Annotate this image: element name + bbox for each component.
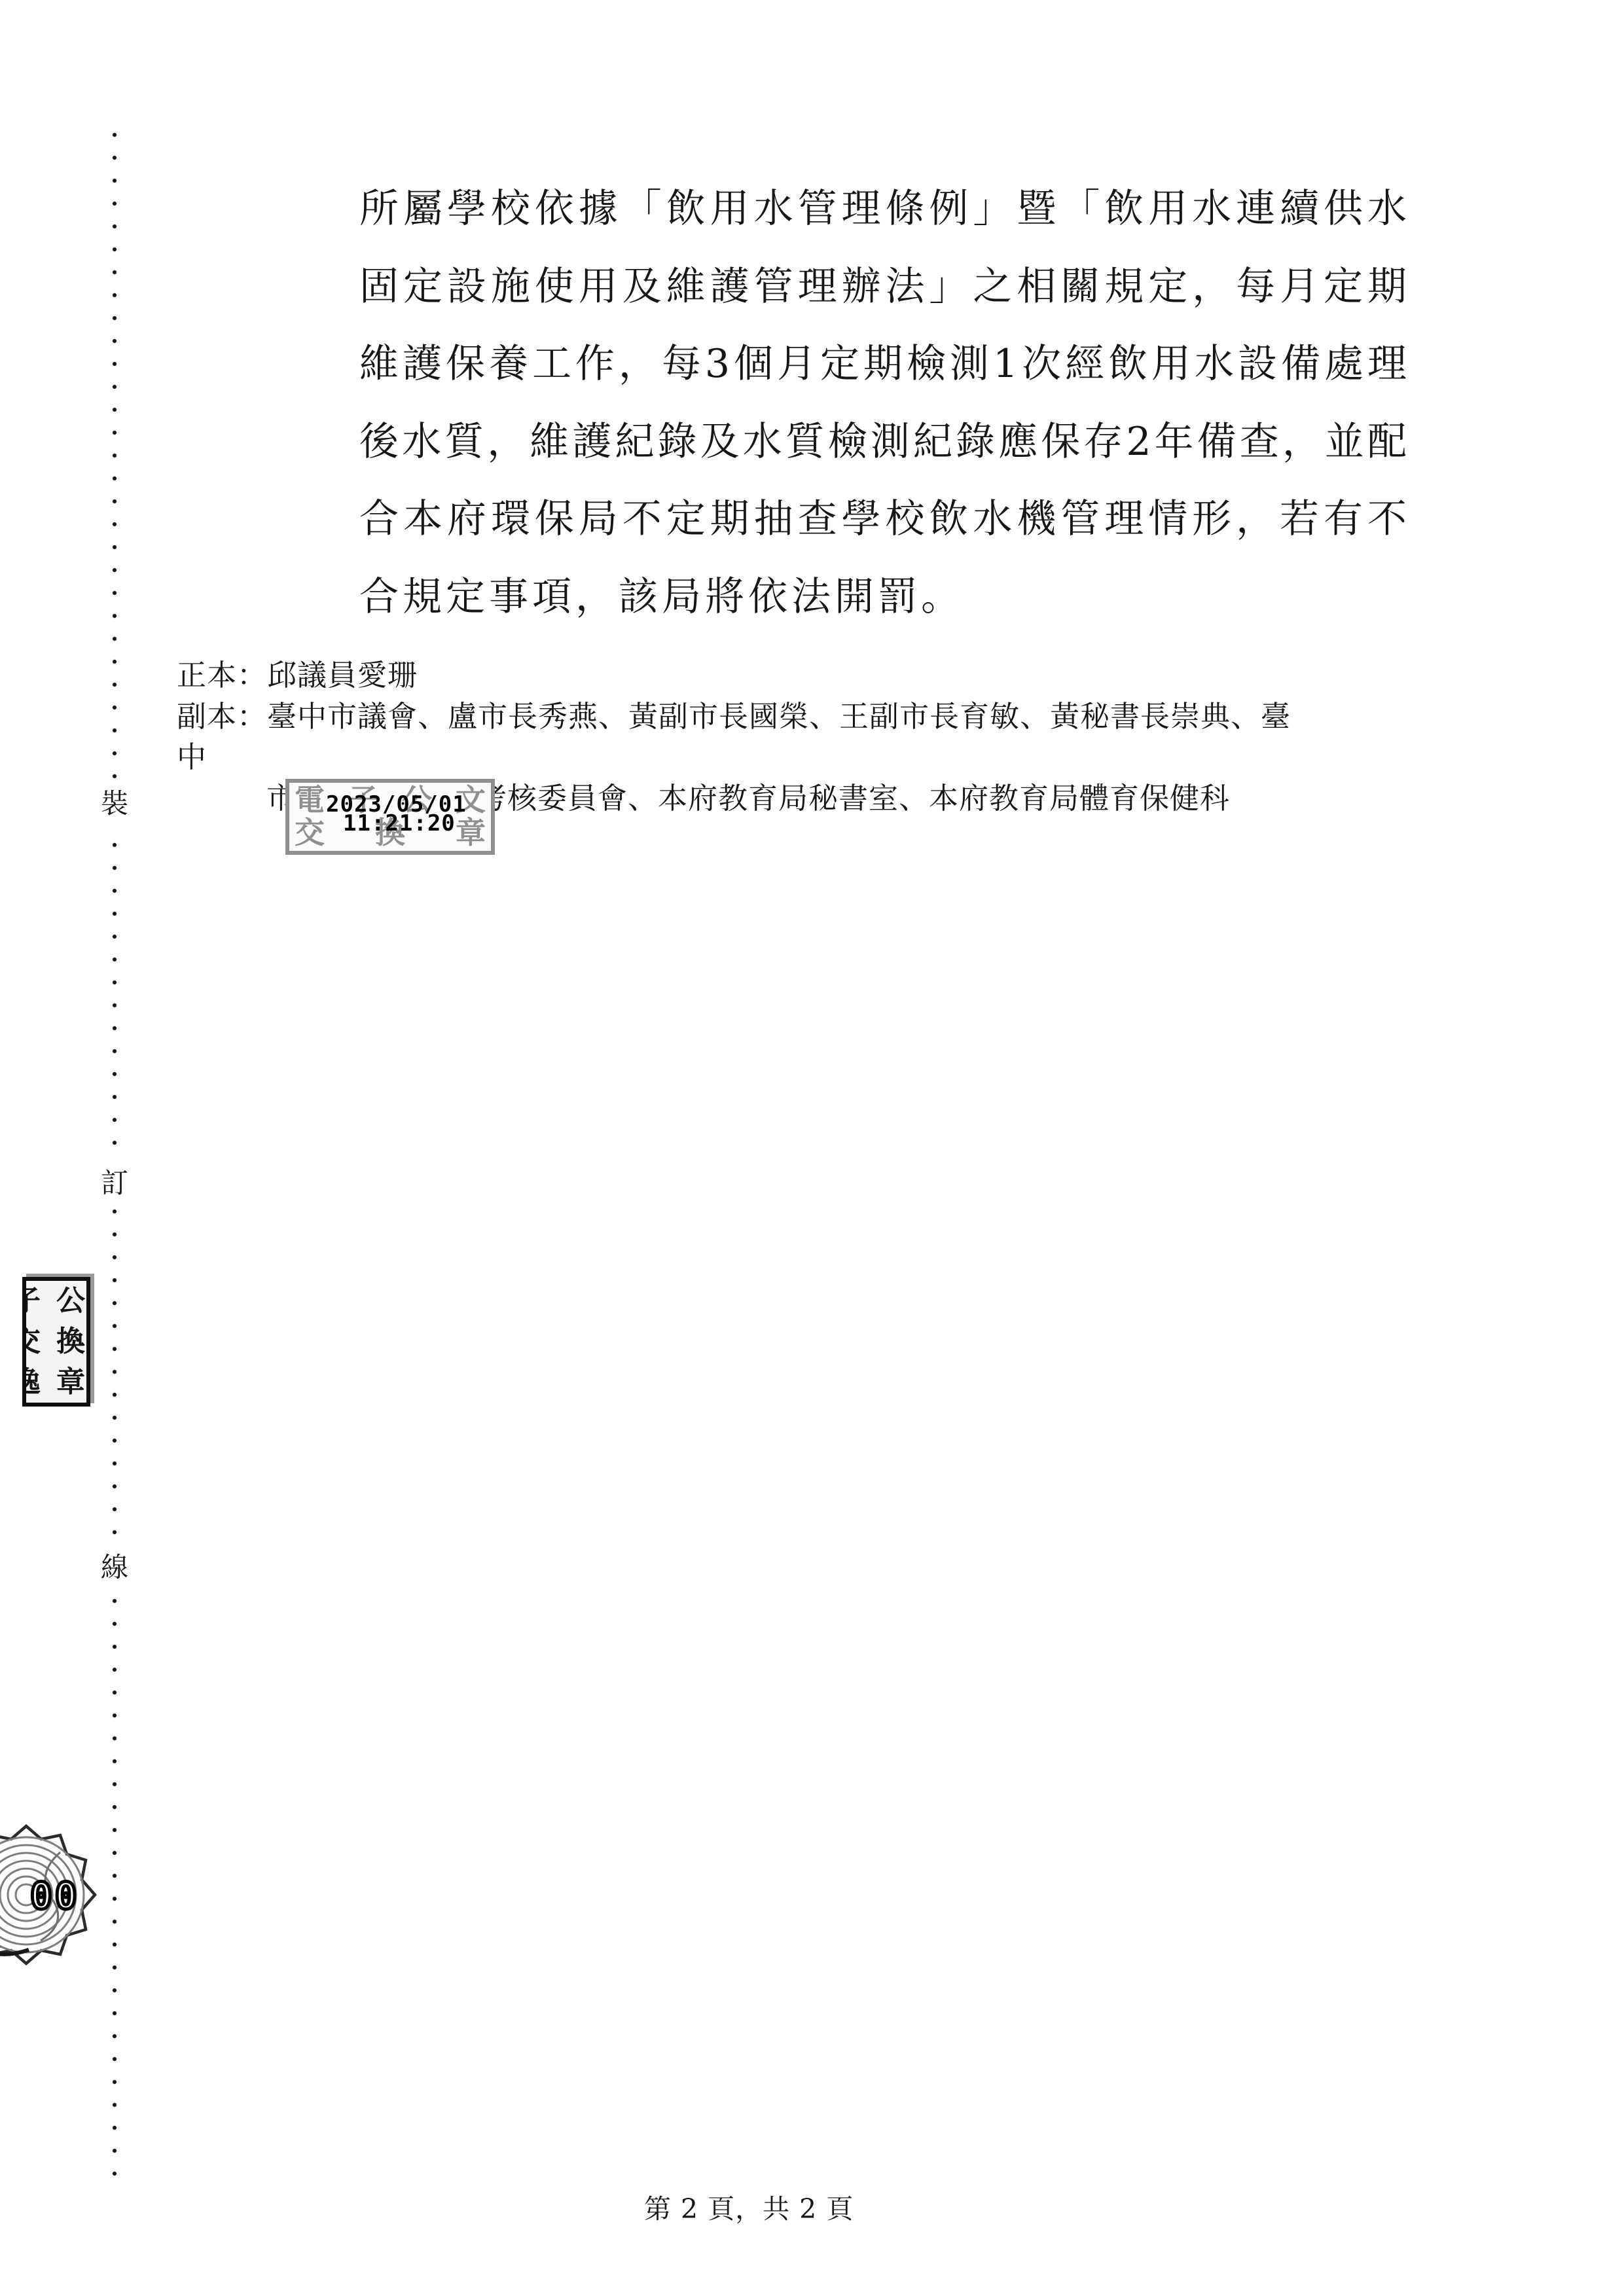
page-number-footer: 第 2 頁，共 2 頁 [644,2194,854,2224]
seal-char: 公 [55,1282,86,1321]
binding-char-xian: 線 [98,1546,131,1589]
original-recipient-line: 正本：邱議員愛珊 [177,655,1303,696]
copy-label: 副本： [177,699,267,734]
seal-char: 換 [55,1322,86,1361]
exchange-stamp-time: 11:21:20 [343,812,456,834]
seal-char: 子 [22,1282,41,1321]
side-exchange-seal-left-column: 子 交 逸 [22,1281,41,1403]
original-label: 正本： [177,658,267,692]
document-page: 裝 訂 線 子 交 逸 公 換 章 所屬學校依據「飲用水管理條例」暨「飲用水連續… [0,0,1624,2296]
original-value: 邱議員愛珊 [267,658,418,692]
body-line-1: 所屬學校依據「飲用水管理條例」暨「飲用水連續供水 [359,170,1407,248]
body-line-2: 固定設施使用及維護管理辦法」之相關規定，每月定期 [359,248,1407,326]
body-line-3: 維護保養工作，每3個月定期檢測1次經飲用水設備處理 [359,325,1407,403]
binding-dotted-line [112,130,117,2185]
corner-official-seal: 00 [0,1820,101,1971]
stamp-char: 電 [295,784,325,816]
body-line-6: 合規定事項，該局將依法開罰。 [359,558,1407,636]
body-line-4: 後水質，維護紀錄及水質檢測紀錄應保存2年備查，並配 [359,403,1407,481]
binding-char-ding: 訂 [98,1162,131,1205]
stamp-char: 章 [456,817,486,848]
body-line-5: 合本府環保局不定期抽查學校飲水機管理情形，若有不 [359,480,1407,558]
binding-char-zhuang: 裝 [98,782,131,825]
seal-char: 逸 [22,1363,41,1402]
seal-number: 00 [30,1875,79,1918]
side-exchange-seal: 子 交 逸 公 換 章 [22,1277,90,1407]
body-paragraph: 所屬學校依據「飲用水管理條例」暨「飲用水連續供水 固定設施使用及維護管理辦法」之… [359,170,1407,636]
side-exchange-seal-right-column: 公 換 章 [55,1281,86,1403]
copy-value-1: 臺中市議會、盧市長秀燕、黃副市長國榮、王副市長育敏、黃秘書長崇典、臺中 [177,699,1291,775]
stamp-char: 交 [295,817,325,848]
copy-recipient-line-1: 副本：臺中市議會、盧市長秀燕、黃副市長國榮、王副市長育敏、黃秘書長崇典、臺中 [177,696,1303,778]
seal-char: 章 [55,1363,86,1402]
electronic-exchange-stamp: 電 子 公 文 交 換 章 2023/05/01 11:21:20 [285,779,495,855]
seal-char: 交 [22,1322,41,1361]
